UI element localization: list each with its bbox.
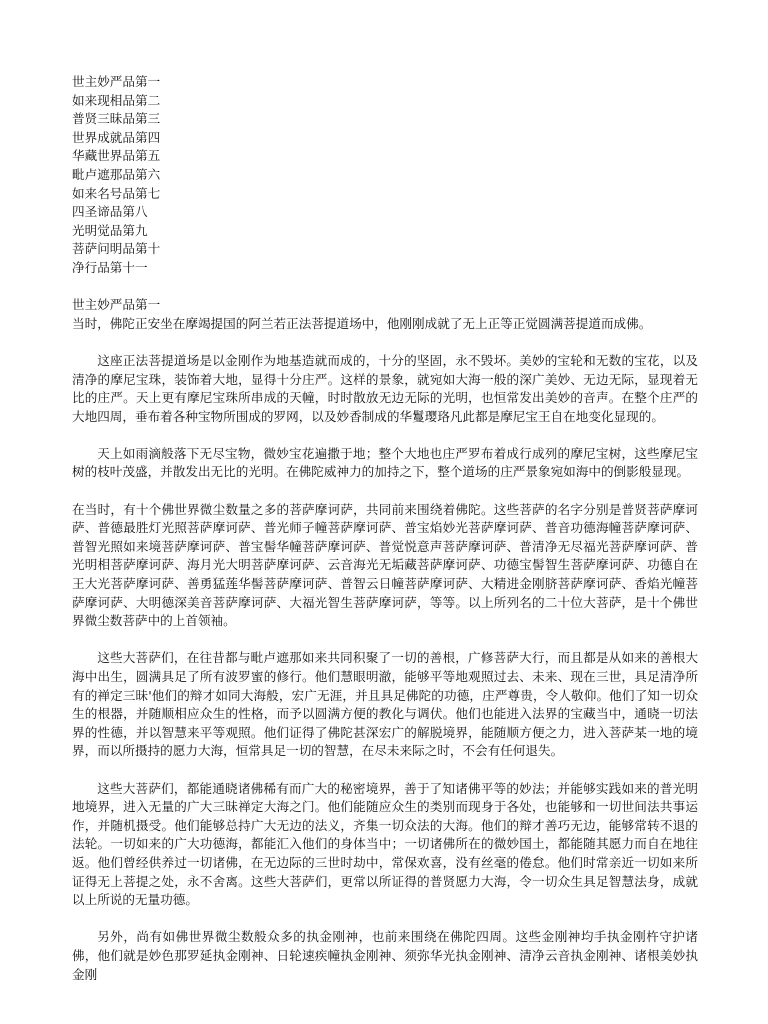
toc-item: 光明觉品第九 xyxy=(72,222,698,241)
toc-item: 菩萨问明品第十 xyxy=(72,240,698,259)
document-page: 世主妙严品第一 如来现相品第二 普贤三昧品第三 世界成就品第四 华藏世界品第五 … xyxy=(72,73,698,1003)
toc-item: 毗卢遮那品第六 xyxy=(72,166,698,185)
toc-item: 世主妙严品第一 xyxy=(72,73,698,92)
toc-item: 四圣谛品第八 xyxy=(72,203,698,222)
paragraph: 这些大菩萨们，都能通晓诸佛稀有而广大的秘密境界，善于了知诸佛平等的妙法；并能够实… xyxy=(72,780,698,910)
toc-item: 世界成就品第四 xyxy=(72,129,698,148)
toc-item: 净行品第十一 xyxy=(72,259,698,278)
paragraph: 当时，佛陀正安坐在摩竭提国的阿兰若正法菩提道场中，他刚刚成就了无上正等正觉圆满菩… xyxy=(72,315,698,334)
paragraph: 天上如雨滴般落下无尽宝物，微妙宝花遍撒于地；整个大地也庄严罗布着成行成列的摩尼宝… xyxy=(72,445,698,482)
paragraph: 在当时，有十个佛世界微尘数量之多的菩萨摩诃萨，共同前来围绕着佛陀。这些菩萨的名字… xyxy=(72,501,698,631)
paragraph: 另外，尚有如佛世界微尘数般众多的执金刚神，也前来围绕在佛陀四周。这些金刚神均手执… xyxy=(72,928,698,984)
paragraph: 这些大菩萨们，在往昔都与毗卢遮那如来共同积聚了一切的善根，广修菩萨大行，而且都是… xyxy=(72,649,698,761)
table-of-contents: 世主妙严品第一 如来现相品第二 普贤三昧品第三 世界成就品第四 华藏世界品第五 … xyxy=(72,73,698,278)
chapter-title: 世主妙严品第一 xyxy=(72,296,698,315)
toc-item: 华藏世界品第五 xyxy=(72,147,698,166)
toc-item: 普贤三昧品第三 xyxy=(72,110,698,129)
toc-item: 如来名号品第七 xyxy=(72,185,698,204)
toc-item: 如来现相品第二 xyxy=(72,92,698,111)
paragraph: 这座正法菩提道场是以金刚作为地基造就而成的，十分的坚固，永不毁坏。美妙的宝轮和无… xyxy=(72,352,698,426)
